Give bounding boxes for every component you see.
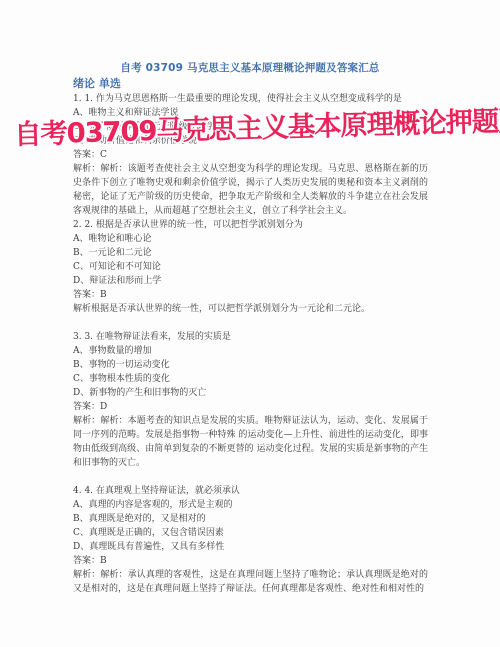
question-2: 2. 2. 根据是否承认世界的统一性，可以把哲学派别划分为 A、唯物论和唯心论 … bbox=[73, 218, 428, 316]
question-4: 4. 4. 在真理观上坚持辩证法，就必须承认 A、真理的内容是客观的，形式是主观… bbox=[73, 484, 428, 596]
spacer bbox=[73, 470, 428, 484]
option-a: A、真理的内容是客观的，形式是主观的 bbox=[73, 498, 428, 512]
answer: 答案：D bbox=[73, 400, 428, 414]
option-b: B、真理既是绝对的，又是相对的 bbox=[73, 512, 428, 526]
option-a: A、唯物论和唯心论 bbox=[73, 232, 428, 246]
question-stem: 2. 2. 根据是否承认世界的统一性，可以把哲学派别划分为 bbox=[73, 218, 428, 232]
question-stem: 3. 3. 在唯物辩证法看来，发展的实质是 bbox=[73, 330, 428, 344]
answer: 答案：B bbox=[73, 288, 428, 302]
question-stem: 4. 4. 在真理观上坚持辩证法，就必须承认 bbox=[73, 484, 428, 498]
analysis: 解析：解析：本题考查的知识点是发展的实质。唯物辩证法认为，运动、变化、发展属于同… bbox=[73, 414, 428, 470]
answer: 答案：B bbox=[73, 554, 428, 568]
question-3: 3. 3. 在唯物辩证法看来，发展的实质是 A、事物数量的增加 B、事物的一切运… bbox=[73, 330, 428, 470]
answer: 答案：C bbox=[73, 148, 428, 162]
option-c: C、可知论和不可知论 bbox=[73, 260, 428, 274]
option-d: D、新事物的产生和旧事物的灭亡 bbox=[73, 386, 428, 400]
document-body: 1. 1. 作为马克思恩格斯一生最重要的理论发现，使得社会主义从空想变成科学的是… bbox=[73, 92, 428, 596]
option-d: D、辩证法和形而上学 bbox=[73, 274, 428, 288]
option-a: A、事物数量的增加 bbox=[73, 344, 428, 358]
option-b: B、一元论和二元论 bbox=[73, 246, 428, 260]
analysis: 解析：解析：承认真理的客观性，这是在真理问题上坚持了唯物论；承认真理既是绝对的又… bbox=[73, 568, 428, 596]
option-d: D、真理既具有普遍性，又具有多样性 bbox=[73, 540, 428, 554]
spacer bbox=[73, 316, 428, 330]
document-title: 自考 03709 马克思主义基本原理概论押题及答案汇总 bbox=[0, 60, 500, 75]
option-b: B、事物的一切运动变化 bbox=[73, 358, 428, 372]
analysis: 解析：解析：该题考查使社会主义从空想变为科学的理论发现。马克思、恩格斯在新的历史… bbox=[73, 162, 428, 218]
document-page: 自考 03709 马克思主义基本原理概论押题及答案汇总 绪论 单选 1. 1. … bbox=[0, 0, 500, 647]
section-heading: 绪论 单选 bbox=[73, 75, 121, 91]
option-c: C、真理既是正确的，又包含错误因素 bbox=[73, 526, 428, 540]
option-c: C、事物根本性质的变化 bbox=[73, 372, 428, 386]
analysis: 解析根据是否承认世界的统一性，可以把哲学派别划分为一元论和二元论。 bbox=[73, 302, 428, 316]
